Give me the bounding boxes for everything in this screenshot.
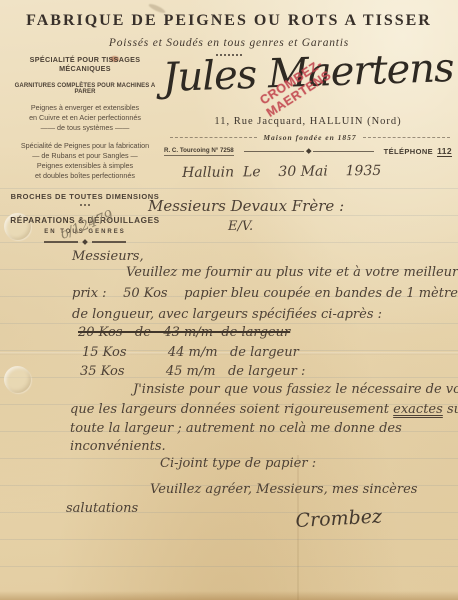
letterhead-sidebar: SPÉCIALITÉ POUR TISSAGES MÉCANIQUES GARN… <box>4 55 166 244</box>
closing-line-2: salutations <box>66 501 138 516</box>
sidebar-broches: BROCHES DE TOUTES DIMENSIONS <box>4 192 166 201</box>
sidebar-specialite-line: Spécialité de Peignes pour la fabricatio… <box>4 141 166 151</box>
sidebar-peignes-paragraph: Peignes à enverger et extensibles en Cui… <box>4 103 166 133</box>
registry-phone-row: R. C. Tourcoing N° 7258 TÉLÉPHONE112 <box>164 146 452 156</box>
closing-line-1: Veuillez agréer, Messieurs, mes sincères <box>150 482 417 497</box>
insist-line-2: que les largeurs données soient rigoureu… <box>70 402 458 417</box>
founded-text: Maison fondée en 1857 <box>263 133 356 142</box>
punch-hole-emboss-bottom <box>4 366 31 393</box>
sidebar-specialite-line: — de Rubans et pour Sangles — <box>4 151 166 161</box>
telephone-number: 112 <box>437 146 452 157</box>
date-line: Halluin Le 30 Mai 1935 <box>182 163 381 181</box>
center-rule-ornament <box>244 149 374 153</box>
sidebar-specialite-paragraph: Spécialité de Peignes pour la fabricatio… <box>4 141 166 181</box>
body-line-3: de longueur, avec largeurs spécifiées ci… <box>72 307 382 322</box>
sidebar-peignes-line: en Cuivre et en Acier perfectionnés <box>4 113 166 123</box>
sidebar-peignes-line: —— de tous systèmes —— <box>4 123 166 133</box>
order-item-2: 15 Kos 44 m/m de largeur <box>82 345 299 360</box>
enclosure-line: Ci-joint type de papier : <box>160 456 316 471</box>
telephone-label: TÉLÉPHONE <box>384 147 433 156</box>
ev-note: E/V. <box>228 219 253 234</box>
insist-line-3: toute la largeur ; autrement no celà me … <box>70 421 402 436</box>
registry-number: R. C. Tourcoing N° 7258 <box>164 147 234 156</box>
letter-scan: FABRIQUE DE PEIGNES OU ROTS A TISSER Poi… <box>0 0 458 600</box>
rule-line <box>244 151 304 152</box>
divider-bar <box>92 241 126 243</box>
order-item-3: 35 Kos 45 m/m de largeur : <box>80 364 305 379</box>
insist-line-4: inconvénients. <box>70 439 166 454</box>
sidebar-garnitures: GARNITURES COMPLÈTES POUR MACHINES A PAR… <box>4 83 166 95</box>
founded-row: Maison fondée en 1857 <box>170 133 450 142</box>
letterhead-title: FABRIQUE DE PEIGNES OU ROTS A TISSER <box>0 12 458 30</box>
body-line-1: Veuillez me fournir au plus vite et à vo… <box>126 265 458 280</box>
sidebar-specialite-line: Peignes extensibles à simples <box>4 161 166 171</box>
sidebar-specialite-line: et doubles boîtes perfectionnés <box>4 171 166 181</box>
rule-line <box>313 151 373 152</box>
body-line-2: prix : 50 Kos papier bleu coupée en band… <box>72 286 458 301</box>
signature: Crombez <box>295 505 383 531</box>
rule-diamond <box>306 149 311 154</box>
divider-bar <box>44 241 78 243</box>
founded-dash-rule <box>363 137 450 138</box>
sidebar-divider-ornament <box>4 240 166 244</box>
order-item-struck: 20 Kos de 43 m/m de largeur <box>78 325 290 340</box>
salutation: Messieurs, <box>72 249 144 264</box>
aged-bottom-edge <box>0 591 458 600</box>
divider-diamond <box>82 239 88 245</box>
recipient-line: Messieurs Devaux Frère : <box>148 197 344 215</box>
broches-ornament <box>80 204 90 206</box>
insist-word-exactes: exactes <box>393 402 443 417</box>
sidebar-peignes-line: Peignes à enverger et extensibles <box>4 103 166 113</box>
company-address: 11, Rue Jacquard, HALLUIN (Nord) <box>158 116 458 127</box>
insist-line-1: J'insiste pour que vous fassiez le néces… <box>133 382 458 397</box>
insist-line-2-pre: que les largeurs données soient rigoureu… <box>70 402 393 417</box>
sidebar-specialty: SPÉCIALITÉ POUR TISSAGES MÉCANIQUES <box>4 55 166 73</box>
telephone: TÉLÉPHONE112 <box>384 146 452 156</box>
insist-line-2-post: sur <box>443 402 458 417</box>
